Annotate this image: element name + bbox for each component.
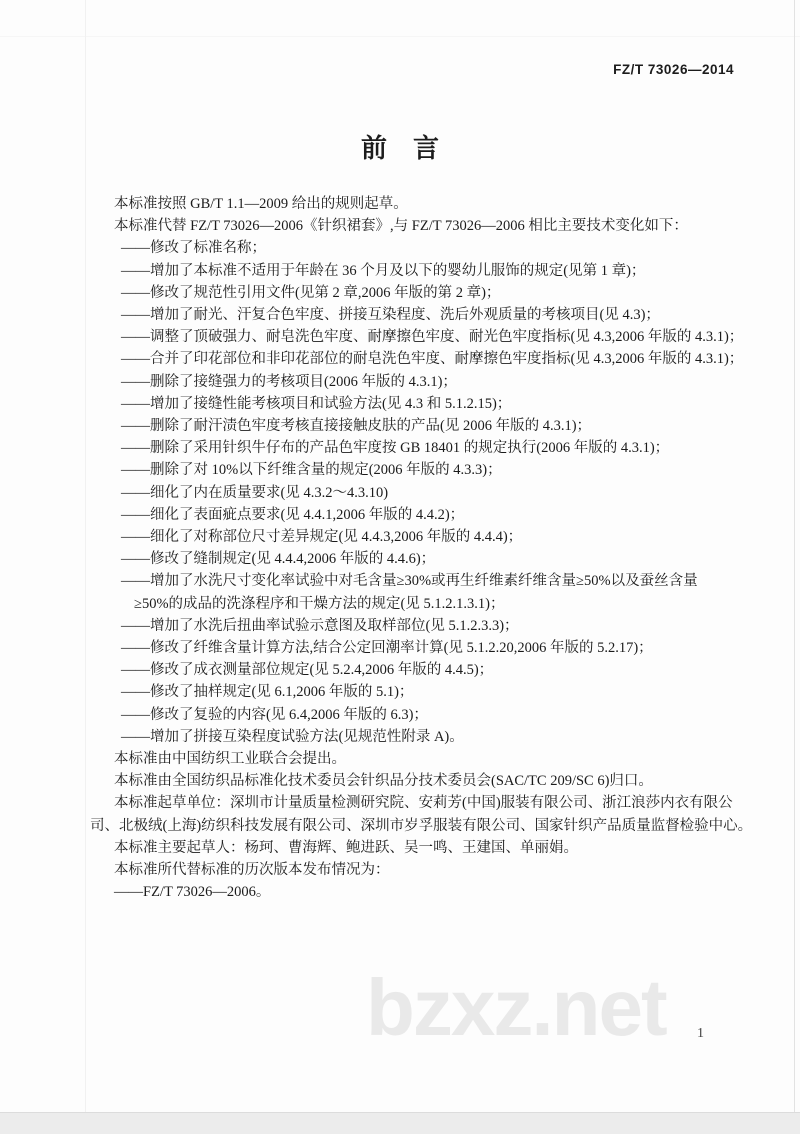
page-title: 前言 [0,128,800,165]
page-left-edge [85,0,86,1134]
body-line: ——增加了本标准不适用于年龄在 36 个月及以下的婴幼儿服饰的规定(见第 1 章… [90,260,750,282]
page-number: 1 [697,1026,704,1042]
body-line: 本标准主要起草人：杨珂、曹海辉、鲍进跃、吴一鸣、王建国、单丽娟。 [90,837,750,859]
body-line: 司、北极绒(上海)纺织科技发展有限公司、深圳市岁孚服装有限公司、国家针织产品质量… [90,815,750,837]
title-char-yan: 言 [413,134,439,163]
watermark-text: bzxz.net [366,962,666,1054]
body-line: ≥50%的成品的洗涤程序和干燥方法的规定(见 5.1.2.1.3.1)； [90,593,750,615]
foreword-body: 本标准按照 GB/T 1.1—2009 给出的规则起草。本标准代替 FZ/T 7… [90,193,750,904]
body-line: ——删除了耐汗渍色牢度考核直接接触皮肤的产品(见 2006 年版的 4.3.1)… [90,415,750,437]
body-line: ——修改了规范性引用文件(见第 2 章,2006 年版的第 2 章)； [90,282,750,304]
body-line: ——细化了表面疵点要求(见 4.4.1,2006 年版的 4.4.2)； [90,504,750,526]
body-line: ——增加了水洗尺寸变化率试验中对毛含量≥30%或再生纤维素纤维含量≥50%以及蚕… [90,570,750,592]
body-line: 本标准由全国纺织品标准化技术委员会针织品分技术委员会(SAC/TC 209/SC… [90,770,750,792]
body-line: ——修改了纤维含量计算方法,结合公定回潮率计算(见 5.1.2.20,2006 … [90,637,750,659]
body-line: ——调整了顶破强力、耐皂洗色牢度、耐摩擦色牢度、耐光色牢度指标(见 4.3,20… [90,326,750,348]
body-line: ——细化了对称部位尺寸差异规定(见 4.4.3,2006 年版的 4.4.4)； [90,526,750,548]
body-line: ——增加了水洗后扭曲率试验示意图及取样部位(见 5.1.2.3.3)； [90,615,750,637]
body-line: ——增加了耐光、汗复合色牢度、拼接互染程度、洗后外观质量的考核项目(见 4.3)… [90,304,750,326]
body-line: ——增加了接缝性能考核项目和试验方法(见 4.3 和 5.1.2.15)； [90,393,750,415]
body-line: 本标准所代替标准的历次版本发布情况为： [90,859,750,881]
body-line: ——删除了接缝强力的考核项目(2006 年版的 4.3.1)； [90,371,750,393]
body-line: ——增加了拼接互染程度试验方法(见规范性附录 A)。 [90,726,750,748]
page-right-edge [794,0,795,1134]
scanned-standard-page: FZ/T 73026—2014 前言 本标准按照 GB/T 1.1—2009 给… [0,0,800,1134]
body-line: 本标准按照 GB/T 1.1—2009 给出的规则起草。 [90,193,750,215]
body-line: ——修改了缝制规定(见 4.4.4,2006 年版的 4.4.6)； [90,548,750,570]
scan-bottom-edge [0,1112,800,1134]
body-line: 本标准代替 FZ/T 73026—2006《针织裙套》,与 FZ/T 73026… [90,215,750,237]
body-line: ——修改了成衣测量部位规定(见 5.2.4,2006 年版的 4.4.5)； [90,659,750,681]
body-line: ——修改了抽样规定(见 6.1,2006 年版的 5.1)； [90,681,750,703]
body-line: 本标准起草单位：深圳市计量质量检测研究院、安莉芳(中国)服装有限公司、浙江浪莎内… [90,792,750,814]
body-line: ——删除了采用针织牛仔布的产品色牢度按 GB 18401 的规定执行(2006 … [90,437,750,459]
body-line: 本标准由中国纺织工业联合会提出。 [90,748,750,770]
body-line: ——删除了对 10%以下纤维含量的规定(2006 年版的 4.3.3)； [90,459,750,481]
scan-streak [0,36,800,37]
body-line: ——细化了内在质量要求(见 4.3.2～4.3.10) [90,482,750,504]
body-line: ——修改了复验的内容(见 6.4,2006 年版的 6.3)； [90,704,750,726]
body-line: ——FZ/T 73026—2006。 [90,881,750,903]
body-line: ——合并了印花部位和非印花部位的耐皂洗色牢度、耐摩擦色牢度指标(见 4.3,20… [90,348,750,370]
title-char-qian: 前 [361,134,387,163]
standard-number-header: FZ/T 73026—2014 [613,62,734,77]
body-line: ——修改了标准名称； [90,237,750,259]
